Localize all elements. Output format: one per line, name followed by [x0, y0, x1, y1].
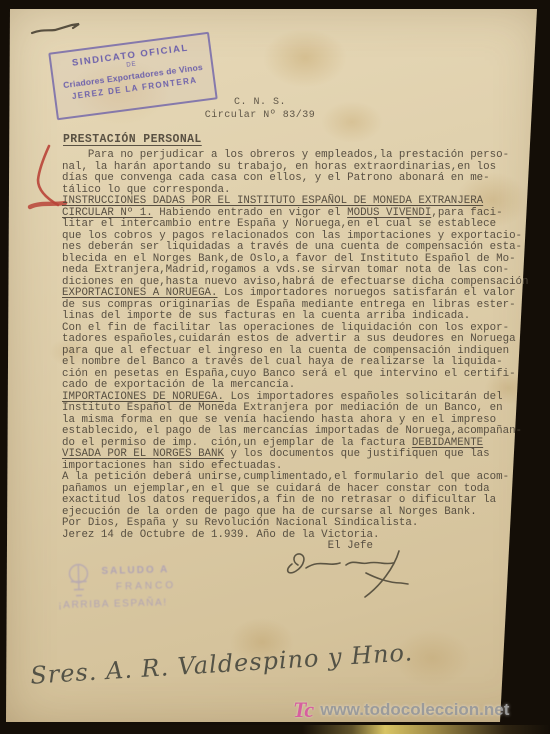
- letter-heading: C. N. S. Circular Nº 83/39: [195, 97, 325, 122]
- franco-stamp-line3: ¡ARRIBA ESPAÑA!: [58, 597, 168, 611]
- org-abbrev: C. N. S.: [195, 97, 325, 110]
- watermark: Tcwww.todocoleccion.net: [293, 697, 509, 723]
- franco-rubber-stamp: SALUDO A FRANCO ¡ARRIBA ESPAÑA!: [55, 558, 225, 626]
- circular-number: Circular Nº 83/39: [195, 110, 325, 123]
- scanner-edge-glow: [0, 725, 550, 734]
- franco-stamp-line1: SALUDO A: [101, 564, 169, 577]
- letter-body: Para no perjudicar a los obreros y emple…: [62, 150, 529, 553]
- body-line: El Jefe: [62, 541, 529, 553]
- letter-title: PRESTACIÓN PERSONAL: [63, 133, 202, 146]
- franco-stamp-emblem: [61, 559, 98, 604]
- franco-stamp-line2: FRANCO: [116, 580, 177, 593]
- watermark-url: www.todocoleccion.net: [320, 700, 509, 719]
- watermark-logo: Tc: [293, 697, 314, 722]
- scanned-letter-image: SINDICATO OFICIAL DE Criadores Exportado…: [0, 0, 550, 734]
